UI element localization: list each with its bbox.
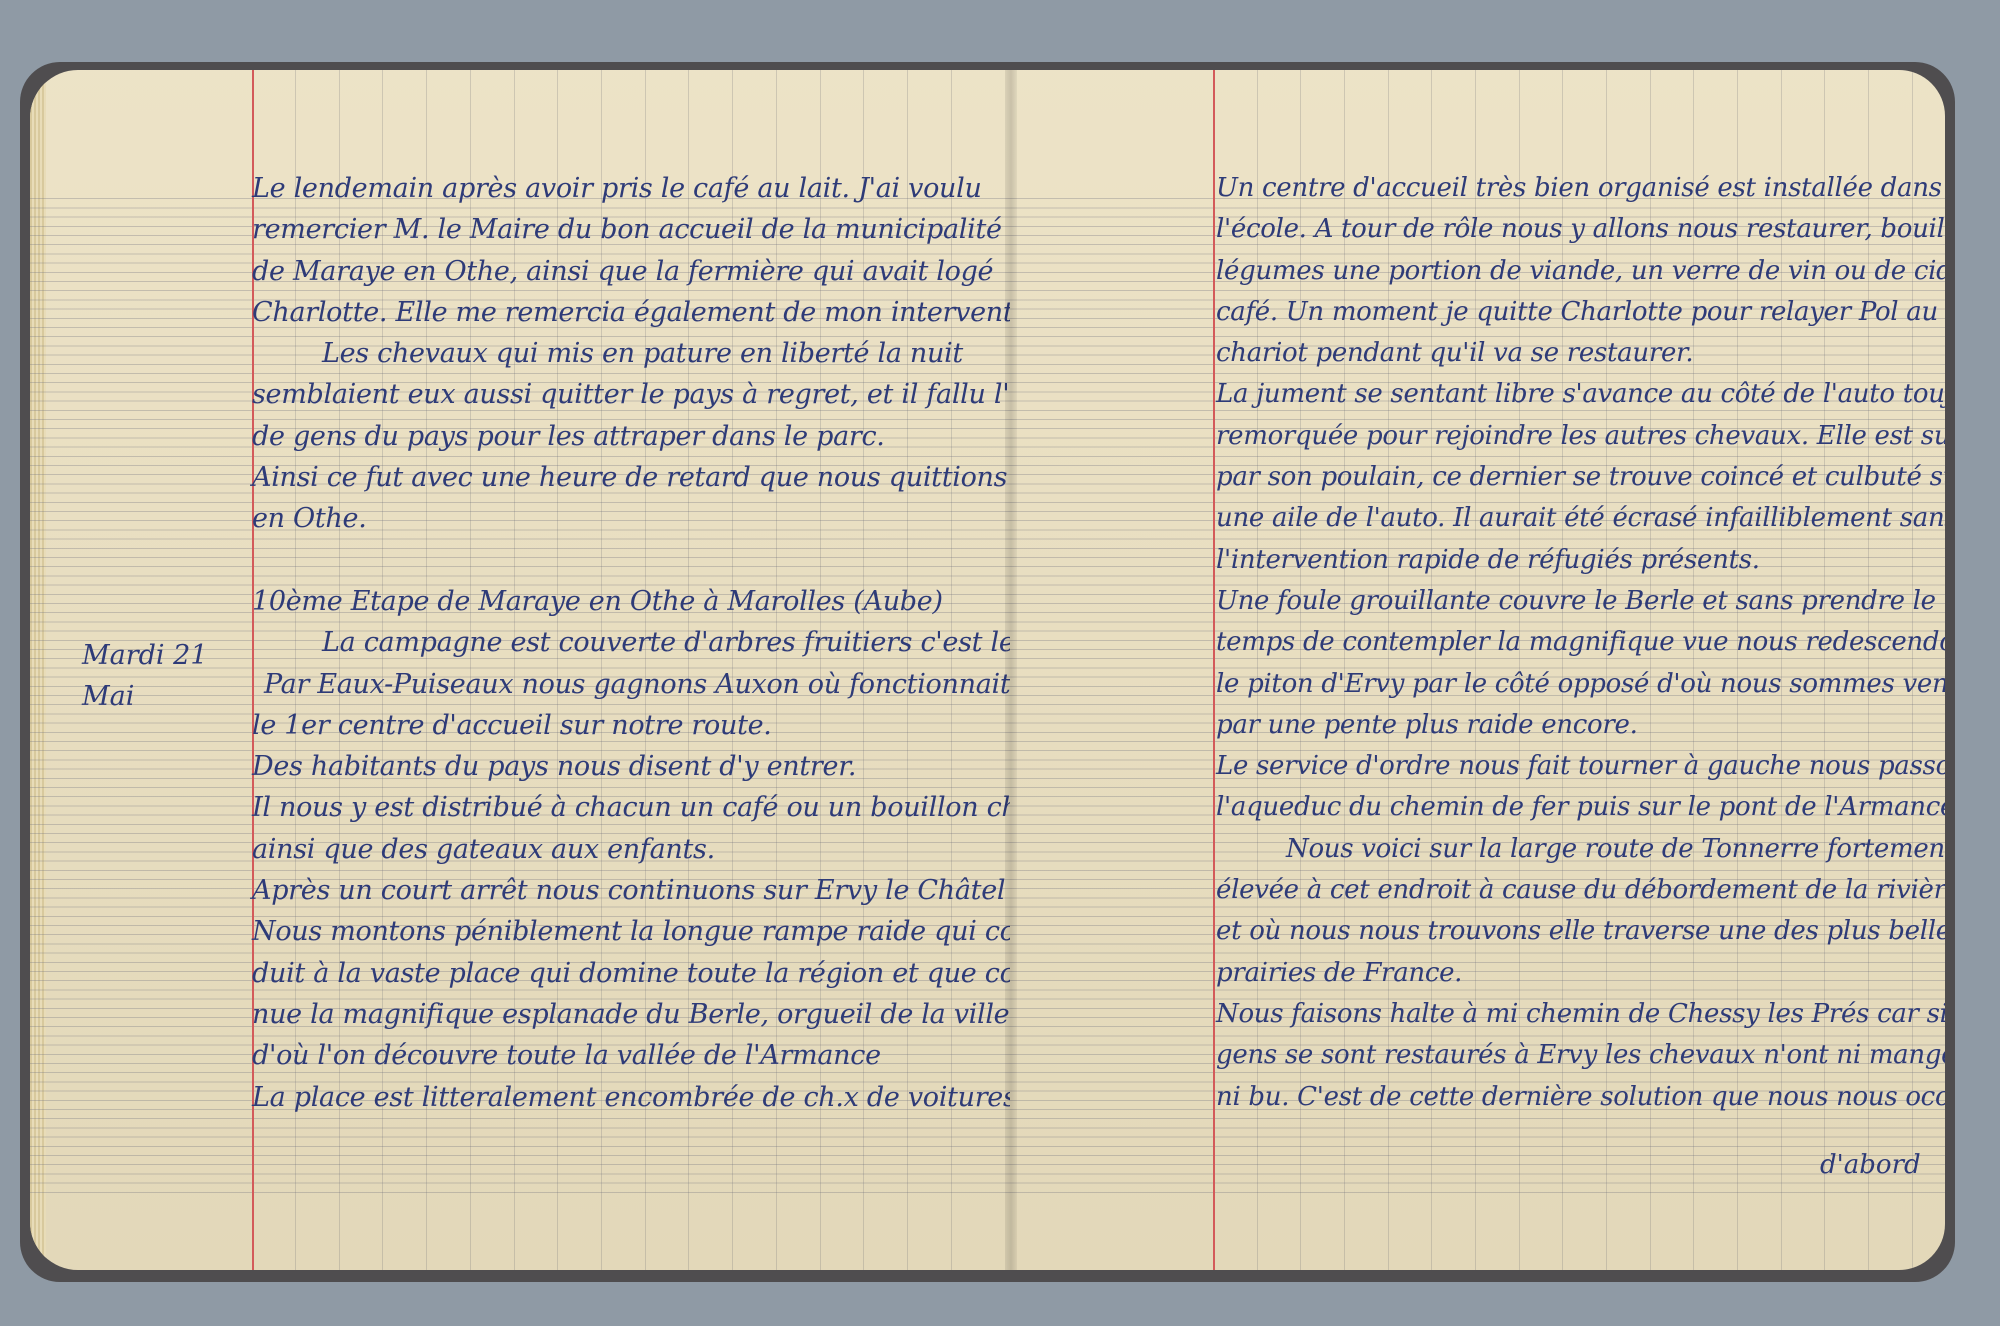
text-line: Nous montons péniblement la longue rampe… [252,911,1010,952]
text-line: Par Eaux-Puiseaux nous gagnons Auxon où … [252,664,1010,705]
text-line: gens se sont restaurés à Ervy les chevau… [1216,1035,1936,1076]
left-page-text: Le lendemain après avoir pris le café au… [252,168,1010,1118]
gutter [1005,70,1017,1270]
text-line: en Othe. [252,498,1010,539]
date-day: Mardi 21 [82,635,208,676]
text-line: ni bu. C'est de cette dernière solution … [1216,1077,1936,1118]
text-line: café. Un moment je quitte Charlotte pour… [1216,292,1936,333]
text-line: une aile de l'auto. Il aurait été écrasé… [1216,498,1936,539]
text-line: La campagne est couverte d'arbres fruiti… [252,622,1010,663]
notebook-spread: Mardi 21 Mai Le lendemain après avoir pr… [20,62,1955,1282]
text-line: d'où l'on découvre toute la vallée de l'… [252,1035,1010,1076]
text-line: ainsi que des gateaux aux enfants. [252,829,1010,870]
text-line: l'aqueduc du chemin de fer puis sur le p… [1216,787,1936,828]
text-line: Nous faisons halte à mi chemin de Chessy… [1216,994,1936,1035]
text-line: temps de contempler la magnifique vue no… [1216,622,1936,663]
section-heading: 10ème Etape de Maraye en Othe à Marolles… [252,581,1010,622]
left-page: Mardi 21 Mai Le lendemain après avoir pr… [30,70,1010,1270]
text-line: Un centre d'accueil très bien organisé e… [1216,168,1936,209]
text-line: Les chevaux qui mis en pature en liberté… [252,333,1010,374]
text-line: élevée à cet endroit à cause du débordem… [1216,870,1936,911]
text-line: Charlotte. Elle me remercia également de… [252,292,1010,333]
right-page: Un centre d'accueil très bien organisé e… [1010,70,1945,1270]
text-line: de gens du pays pour les attraper dans l… [252,416,1010,457]
text-line: par son poulain, ce dernier se trouve co… [1216,457,1936,498]
margin-date: Mardi 21 Mai [82,635,208,717]
text-line: Nous voici sur la large route de Tonnerr… [1216,829,1936,870]
signoff-text: d'abord [1820,1150,1921,1180]
right-page-text: Un centre d'accueil très bien organisé e… [1216,168,1936,1118]
text-line: remercier M. le Maire du bon accueil de … [252,209,1010,250]
text-line: duit à la vaste place qui domine toute l… [252,953,1010,994]
text-line: Ainsi ce fut avec une heure de retard qu… [252,457,1010,498]
date-month: Mai [82,676,208,717]
text-line: semblaient eux aussi quitter le pays à r… [252,374,1010,415]
text-line: Des habitants du pays nous disent d'y en… [252,746,1010,787]
text-line: et où nous nous trouvons elle traverse u… [1216,911,1936,952]
text-line: prairies de France. [1216,953,1936,994]
text-line: Une foule grouillante couvre le Berle et… [1216,581,1936,622]
text-line: Le lendemain après avoir pris le café au… [252,168,1010,209]
text-line: nue la magnifique esplanade du Berle, or… [252,994,1010,1035]
text-line: La place est litteralement encombrée de … [252,1077,1010,1118]
text-line: légumes une portion de viande, un verre … [1216,251,1936,292]
text-line: l'intervention rapide de réfugiés présen… [1216,540,1936,581]
text-line: le 1er centre d'accueil sur notre route. [252,705,1010,746]
text-line: Le service d'ordre nous fait tourner à g… [1216,746,1936,787]
text-line: chariot pendant qu'il va se restaurer. [1216,333,1936,374]
text-line: remorquée pour rejoindre les autres chev… [1216,416,1936,457]
text-line: Il nous y est distribué à chacun un café… [252,787,1010,828]
text-line: le piton d'Ervy par le côté opposé d'où … [1216,664,1936,705]
text-line [252,540,1010,581]
text-line: La jument se sentant libre s'avance au c… [1216,374,1936,415]
text-line: Après un court arrêt nous continuons sur… [252,870,1010,911]
text-line: de Maraye en Othe, ainsi que la fermière… [252,251,1010,292]
margin-line [1213,70,1215,1270]
text-line: par une pente plus raide encore. [1216,705,1936,746]
text-line: l'école. A tour de rôle nous y allons no… [1216,209,1936,250]
